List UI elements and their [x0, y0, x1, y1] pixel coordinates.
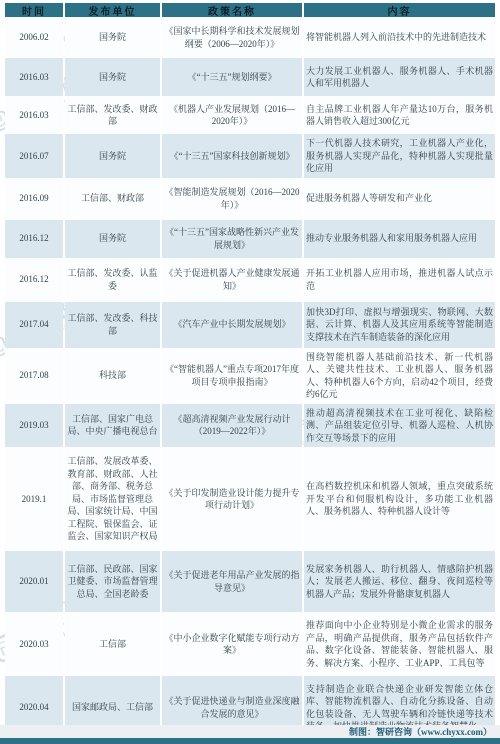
cell-issuer: 工信部、国家广电总局、中央广播电视总台 [65, 404, 160, 448]
table-row: 2019.03 工信部、国家广电总局、中央广播电视总台 《超高清视频产业发展行动… [5, 404, 495, 448]
policy-value: 《智能制造发展规划（2016—2020年）》 [164, 186, 300, 211]
cell-content: 下一代机器人技术研究，工业机器人产业化，服务机器人实现产品化，特种机器人实现批量… [304, 134, 495, 178]
cell-content: 推动超高清视频技术在工业可视化、缺陷检测、产品组装定位引导、机器人巡检、人机协作… [304, 404, 495, 448]
content-value: 将智能机器人列入前沿技术中的先进制造技术 [306, 31, 493, 44]
content-value: 发展家务机器人、助行机器人、情感陪护机器人；发展老人搬运、移位、翻身、夜间巡检等… [306, 563, 493, 601]
cell-content: 自主品牌工业机器人年产量达10万台，服务机器人销售收入超过300亿元 [304, 96, 495, 134]
cell-time: 2016.07 [5, 134, 63, 178]
policy-value: 《中小企业数字化赋能专项行动方案》 [164, 632, 300, 657]
cell-issuer: 工信部、发展改革委、教育部、财政部、人社部、商务部、税务总局、市场监督管理总局、… [65, 447, 160, 551]
content-value: 加快3D打印、虚拟与增强现实、物联网、大数据、云计算、机器人及其应用系统等智能制… [306, 306, 493, 344]
cell-content: 促进服务机器人等研发和产业化 [304, 178, 495, 220]
cell-issuer: 工信部、发改委、科技部 [65, 302, 160, 348]
table-row: 2006.02 国务院 《国家中长期科学和技术发展规划纲要（2006—2020年… [5, 17, 495, 58]
cell-issuer: 工信部、民政部、国家卫健委、市场监督管理总局、全国老龄委 [65, 551, 160, 612]
policy-value: 《“十三五”国家科技创新规划》 [170, 150, 295, 163]
cell-content: 大力发展工业机器人、服务机器人、手术机器人和军用机器人 [304, 58, 495, 96]
policy-value: 《“十三五”规划纲要》 [188, 71, 277, 84]
time-value: 2016.12 [19, 232, 48, 245]
cell-policy: 《“智能机器人”重点专项2017年度项目专项申报指南》 [162, 348, 302, 404]
cell-policy: 《智能制造发展规划（2016—2020年）》 [162, 178, 302, 220]
cell-time: 2017.04 [5, 302, 63, 348]
cell-policy: 《国家中长期科学和技术发展规划纲要（2006—2020年）》 [162, 17, 302, 58]
issuer-value: 工信部、民政部、国家卫健委、市场监督管理总局、全国老龄委 [67, 563, 158, 601]
policy-value: 《“智能机器人”重点专项2017年度项目专项申报指南》 [164, 363, 300, 388]
cell-policy: 《汽车产业中长期发展规划》 [162, 302, 302, 348]
policy-value: 《超高清视频产业发展行动计（2019—2022年）》 [164, 413, 300, 438]
issuer-value: 国家邮政局、工信部 [72, 701, 153, 714]
cell-content: 将智能机器人列入前沿技术中的先进制造技术 [304, 17, 495, 58]
cell-content: 开拓工业机器人应用市场，推进机器人试点示范 [304, 258, 495, 302]
cell-content: 加快3D打印、虚拟与增强现实、物联网、大数据、云计算、机器人及其应用系统等智能制… [304, 302, 495, 348]
time-value: 2017.08 [19, 369, 48, 382]
cell-content: 发展家务机器人、助行机器人、情感陪护机器人；发展老人搬运、移位、翻身、夜间巡检等… [304, 551, 495, 612]
table-row: 2019.1 工信部、发展改革委、教育部、财政部、人社部、商务部、税务总局、市场… [5, 447, 495, 551]
policy-value: 《关于促进老年用品产业发展的指导意见》 [164, 569, 300, 594]
issuer-value: 国务院 [99, 150, 126, 163]
issuer-value: 工信部、发改委、认监委 [67, 267, 158, 292]
content-value: 自主品牌工业机器人年产量达10万台，服务机器人销售收入超过300亿元 [306, 103, 493, 128]
content-value: 围绕智能机器人基础前沿技术、新一代机器人、关键共性技术、工业机器人、服务机器人、… [306, 351, 493, 401]
time-value: 2019.1 [22, 493, 47, 506]
table-row: 2016.07 国务院 《“十三五”国家科技创新规划》 下一代机器人技术研究，工… [5, 134, 495, 178]
column-header-content: 内容 [304, 3, 495, 17]
cell-time: 2019.03 [5, 404, 63, 448]
issuer-value: 工信部、发展改革委、教育部、财政部、人社部、商务部、税务总局、市场监督管理总局、… [67, 455, 158, 543]
cell-time: 2016.03 [5, 58, 63, 96]
table-row: 2020.01 工信部、民政部、国家卫健委、市场监督管理总局、全国老龄委 《关于… [5, 551, 495, 612]
table-row: 2017.04 工信部、发改委、科技部 《汽车产业中长期发展规划》 加快3D打印… [5, 302, 495, 348]
cell-time: 2016.09 [5, 178, 63, 220]
table-header-row: 时间 发布单位 政策名称 内容 [5, 3, 495, 17]
content-value: 在高档数控机床和机器人领域，重点突破系统开发平台和伺服机构设计，多功能工业机器人… [306, 480, 493, 518]
cell-policy: 《“十三五”国家战略性新兴产业发展规划》 [162, 220, 302, 258]
policy-value: 《“十三五”国家战略性新兴产业发展规划》 [164, 226, 300, 251]
time-value: 2006.02 [19, 31, 48, 44]
time-value: 2016.03 [19, 109, 48, 122]
table-row: 2016.12 国务院 《“十三五”国家战略性新兴产业发展规划》 推动专业服务机… [5, 220, 495, 258]
table-row: 2020.03 工信部 《中小企业数字化赋能专项行动方案》 推荐面向中小企业特别… [5, 612, 495, 676]
table-row: 2016.03 国务院 《“十三五”规划纲要》 大力发展工业机器人、服务机器人、… [5, 58, 495, 96]
cell-issuer: 国务院 [65, 58, 160, 96]
column-header-policy: 政策名称 [162, 3, 302, 17]
issuer-value: 工信部、国家广电总局、中央广播电视总台 [67, 413, 158, 438]
policy-table: 时间 发布单位 政策名称 内容 2006.02 国务院 《国家中长期科学和技术发… [5, 3, 495, 739]
cell-issuer: 科技部 [65, 348, 160, 404]
content-value: 促进服务机器人等研发和产业化 [306, 192, 493, 205]
content-value: 推动专业服务机器人和家用服务机器人应用 [306, 232, 493, 245]
issuer-value: 工信部、财政部 [81, 192, 144, 205]
policy-value: 《关于印发制造业设计能力提升专项行动计划》 [164, 487, 300, 512]
cell-time: 2006.02 [5, 17, 63, 58]
cell-time: 2017.08 [5, 348, 63, 404]
time-value: 2020.03 [19, 638, 48, 651]
column-header-time: 时间 [5, 3, 63, 17]
cell-issuer: 工信部、财政部 [65, 178, 160, 220]
cell-policy: 《关于促进老年用品产业发展的指导意见》 [162, 551, 302, 612]
policy-value: 《国家中长期科学和技术发展规划纲要（2006—2020年）》 [164, 25, 300, 50]
cell-time: 2020.01 [5, 551, 63, 612]
issuer-value: 国务院 [99, 232, 126, 245]
content-value: 推动超高清视频技术在工业可视化、缺陷检测、产品组装定位引导、机器人巡检、人机协作… [306, 407, 493, 445]
cell-content: 推荐面向中小企业特别是小微企业需求的服务产品，明确产品提供商，服务产品包括软件产… [304, 612, 495, 676]
issuer-value: 国务院 [99, 31, 126, 44]
cell-content: 在高档数控机床和机器人领域，重点突破系统开发平台和伺服机构设计，多功能工业机器人… [304, 447, 495, 551]
time-value: 2020.04 [19, 701, 48, 714]
cell-policy: 《超高清视频产业发展行动计（2019—2022年）》 [162, 404, 302, 448]
cell-issuer: 国务院 [65, 17, 160, 58]
cell-issuer: 工信部 [65, 612, 160, 676]
cell-content: 围绕智能机器人基础前沿技术、新一代机器人、关键共性技术、工业机器人、服务机器人、… [304, 348, 495, 404]
bottom-accent-bar [0, 738, 500, 744]
cell-policy: 《机器人产业发展规划（2016—2020年）》 [162, 96, 302, 134]
time-value: 2016.09 [19, 192, 48, 205]
cell-policy: 《“十三五”国家科技创新规划》 [162, 134, 302, 178]
policy-value: 《关于促进快递业与制造业深度融合发展的意见》 [164, 695, 300, 720]
policy-value: 《机器人产业发展规划（2016—2020年）》 [164, 103, 300, 128]
time-value: 2019.03 [19, 419, 48, 432]
time-value: 2016.12 [19, 273, 48, 286]
cell-policy: 《关于促进机器人产业健康发展通知》 [162, 258, 302, 302]
credit-text: 制图：智研咨询（www.chyxx.com） [349, 725, 492, 738]
cell-policy: 《关于印发制造业设计能力提升专项行动计划》 [162, 447, 302, 551]
time-value: 2016.03 [19, 71, 48, 84]
cell-content: 推动专业服务机器人和家用服务机器人应用 [304, 220, 495, 258]
content-value: 开拓工业机器人应用市场，推进机器人试点示范 [306, 267, 493, 292]
issuer-value: 工信部 [99, 638, 126, 651]
cell-time: 2019.1 [5, 447, 63, 551]
time-value: 2017.04 [19, 318, 48, 331]
cell-issuer: 国务院 [65, 134, 160, 178]
issuer-value: 工信部、发改委、财政部 [67, 103, 158, 128]
table-row: 2016.03 工信部、发改委、财政部 《机器人产业发展规划（2016—2020… [5, 96, 495, 134]
cell-issuer: 工信部、发改委、财政部 [65, 96, 160, 134]
issuer-value: 国务院 [99, 71, 126, 84]
issuer-value: 工信部、发改委、科技部 [67, 312, 158, 337]
cell-issuer: 国务院 [65, 220, 160, 258]
content-value: 下一代机器人技术研究，工业机器人产业化，服务机器人实现产品化，特种机器人实现批量… [306, 137, 493, 175]
cell-time: 2020.03 [5, 612, 63, 676]
credit-strip: 制图：智研咨询（www.chyxx.com） [0, 725, 500, 738]
cell-time: 2016.03 [5, 96, 63, 134]
content-value: 推荐面向中小企业特别是小微企业需求的服务产品，明确产品提供商，服务产品包括软件产… [306, 619, 493, 669]
table-row: 2017.08 科技部 《“智能机器人”重点专项2017年度项目专项申报指南》 … [5, 348, 495, 404]
policy-table-page: 己 智研咨询www.chyxx.com 己 智研咨询www.chyxx.com … [0, 0, 500, 744]
time-value: 2020.01 [19, 575, 48, 588]
cell-policy: 《中小企业数字化赋能专项行动方案》 [162, 612, 302, 676]
content-value: 大力发展工业机器人、服务机器人、手术机器人和军用机器人 [306, 65, 493, 90]
policy-value: 《关于促进机器人产业健康发展通知》 [164, 267, 300, 292]
cell-policy: 《“十三五”规划纲要》 [162, 58, 302, 96]
issuer-value: 科技部 [99, 369, 126, 382]
cell-time: 2016.12 [5, 220, 63, 258]
table-row: 2016.12 工信部、发改委、认监委 《关于促进机器人产业健康发展通知》 开拓… [5, 258, 495, 302]
table-body: 2006.02 国务院 《国家中长期科学和技术发展规划纲要（2006—2020年… [5, 17, 495, 739]
column-header-issuer: 发布单位 [65, 3, 160, 17]
cell-issuer: 工信部、发改委、认监委 [65, 258, 160, 302]
time-value: 2016.07 [19, 150, 48, 163]
table-row: 2016.09 工信部、财政部 《智能制造发展规划（2016—2020年）》 促… [5, 178, 495, 220]
policy-value: 《汽车产业中长期发展规划》 [173, 318, 290, 331]
cell-time: 2016.12 [5, 258, 63, 302]
